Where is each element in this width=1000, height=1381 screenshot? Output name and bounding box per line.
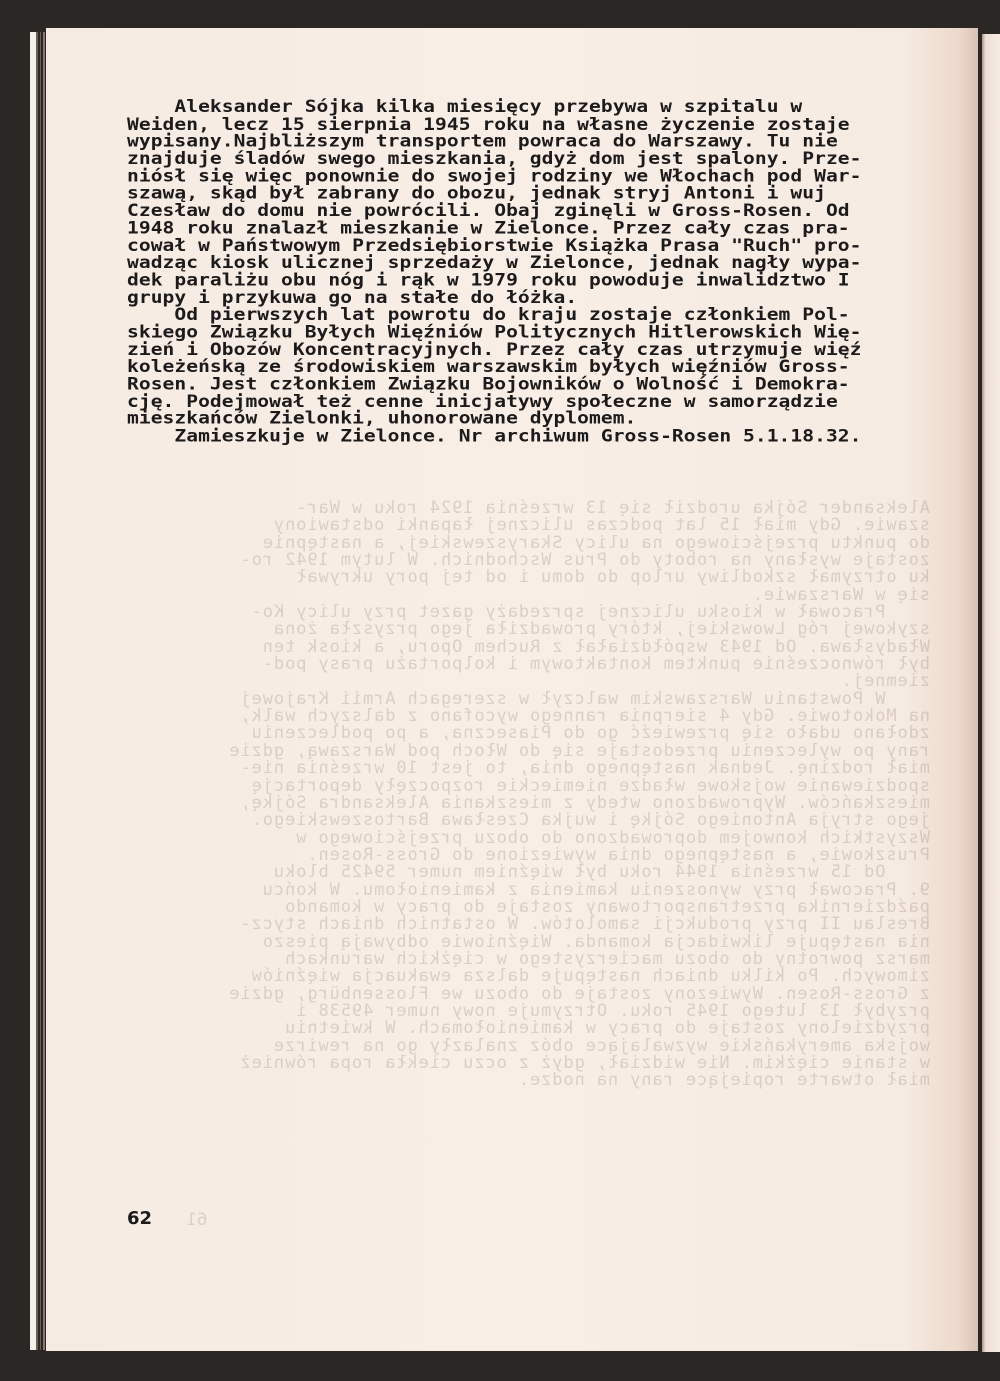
- bleed-through-page-number: 61: [186, 1210, 208, 1230]
- bleed-line: jego stryja Antoniego Sójkę i wujka Czes…: [130, 812, 930, 829]
- body-text: Aleksander Sójka kilka miesięcy przebywa…: [127, 99, 927, 446]
- page-number: 62: [127, 1208, 152, 1229]
- adjacent-page-edge: [982, 34, 1000, 1352]
- bleed-through-text: Aleksander Sójka urodził się 13 września…: [130, 500, 930, 1090]
- bleed-line: miał rodzinę. Jednak następnego dnia, to…: [130, 760, 930, 777]
- text-line: Zamieszkuje w Zielonce. Nr archiwum Gros…: [127, 428, 927, 445]
- bleed-line: Breslau II przy produkcji samolotów. W o…: [130, 916, 930, 933]
- bleed-line: miał otwarte ropiejące rany na nodze.: [130, 1072, 930, 1089]
- binding-line: [36, 32, 38, 1350]
- binding-line: [40, 32, 41, 1350]
- bleed-line: był równocześnie punktem kontaktowym i k…: [130, 656, 930, 673]
- binding-line: [43, 32, 45, 1350]
- bleed-line: Od 15 września 1944 roku był więźniem nu…: [130, 864, 930, 881]
